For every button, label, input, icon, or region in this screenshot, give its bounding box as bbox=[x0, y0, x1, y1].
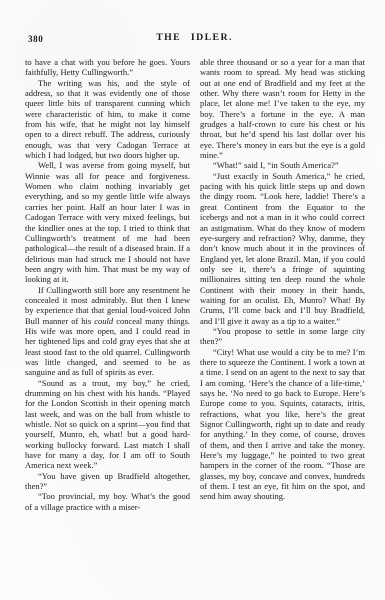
journal-title: THE IDLER. bbox=[25, 32, 364, 43]
paragraph: “You propose to settle in some large cit… bbox=[200, 326, 365, 347]
text-columns: to have a chat with you before he goes. … bbox=[25, 57, 365, 512]
left-column: to have a chat with you before he goes. … bbox=[25, 57, 190, 512]
paragraph: “You have given up Bradfield altogether,… bbox=[25, 471, 190, 492]
page-number: 380 bbox=[28, 34, 43, 44]
paragraph-letter-close: to have a chat with you before he goes. … bbox=[25, 57, 190, 78]
paragraph: “Just exactly in South America,” he crie… bbox=[200, 171, 365, 326]
paragraph: “Sound as a trout, my boy,” he cried, dr… bbox=[25, 378, 190, 471]
paragraph: “What!” said I, “in South America?” bbox=[200, 160, 365, 170]
scan-artifact-speck bbox=[361, 242, 363, 245]
magazine-page: 380 THE IDLER. to have a chat with you b… bbox=[0, 0, 385, 600]
paragraph-continuation: able three thousand or so a year for a m… bbox=[200, 57, 365, 160]
paragraph: Well, I was averse from going myself, bu… bbox=[25, 160, 190, 284]
paragraph: “Too provincial, my boy. What’s the good… bbox=[25, 491, 190, 512]
paragraph: “City! What use would a city be to me? I… bbox=[200, 347, 365, 502]
paragraph: The writing was his, and the style of ad… bbox=[25, 78, 190, 161]
italic-word: could bbox=[94, 316, 113, 326]
running-head: 380 THE IDLER. bbox=[25, 32, 364, 46]
right-column: able three thousand or so a year for a m… bbox=[200, 57, 365, 512]
paragraph: If Cullingworth still bore any resentmen… bbox=[25, 285, 190, 378]
